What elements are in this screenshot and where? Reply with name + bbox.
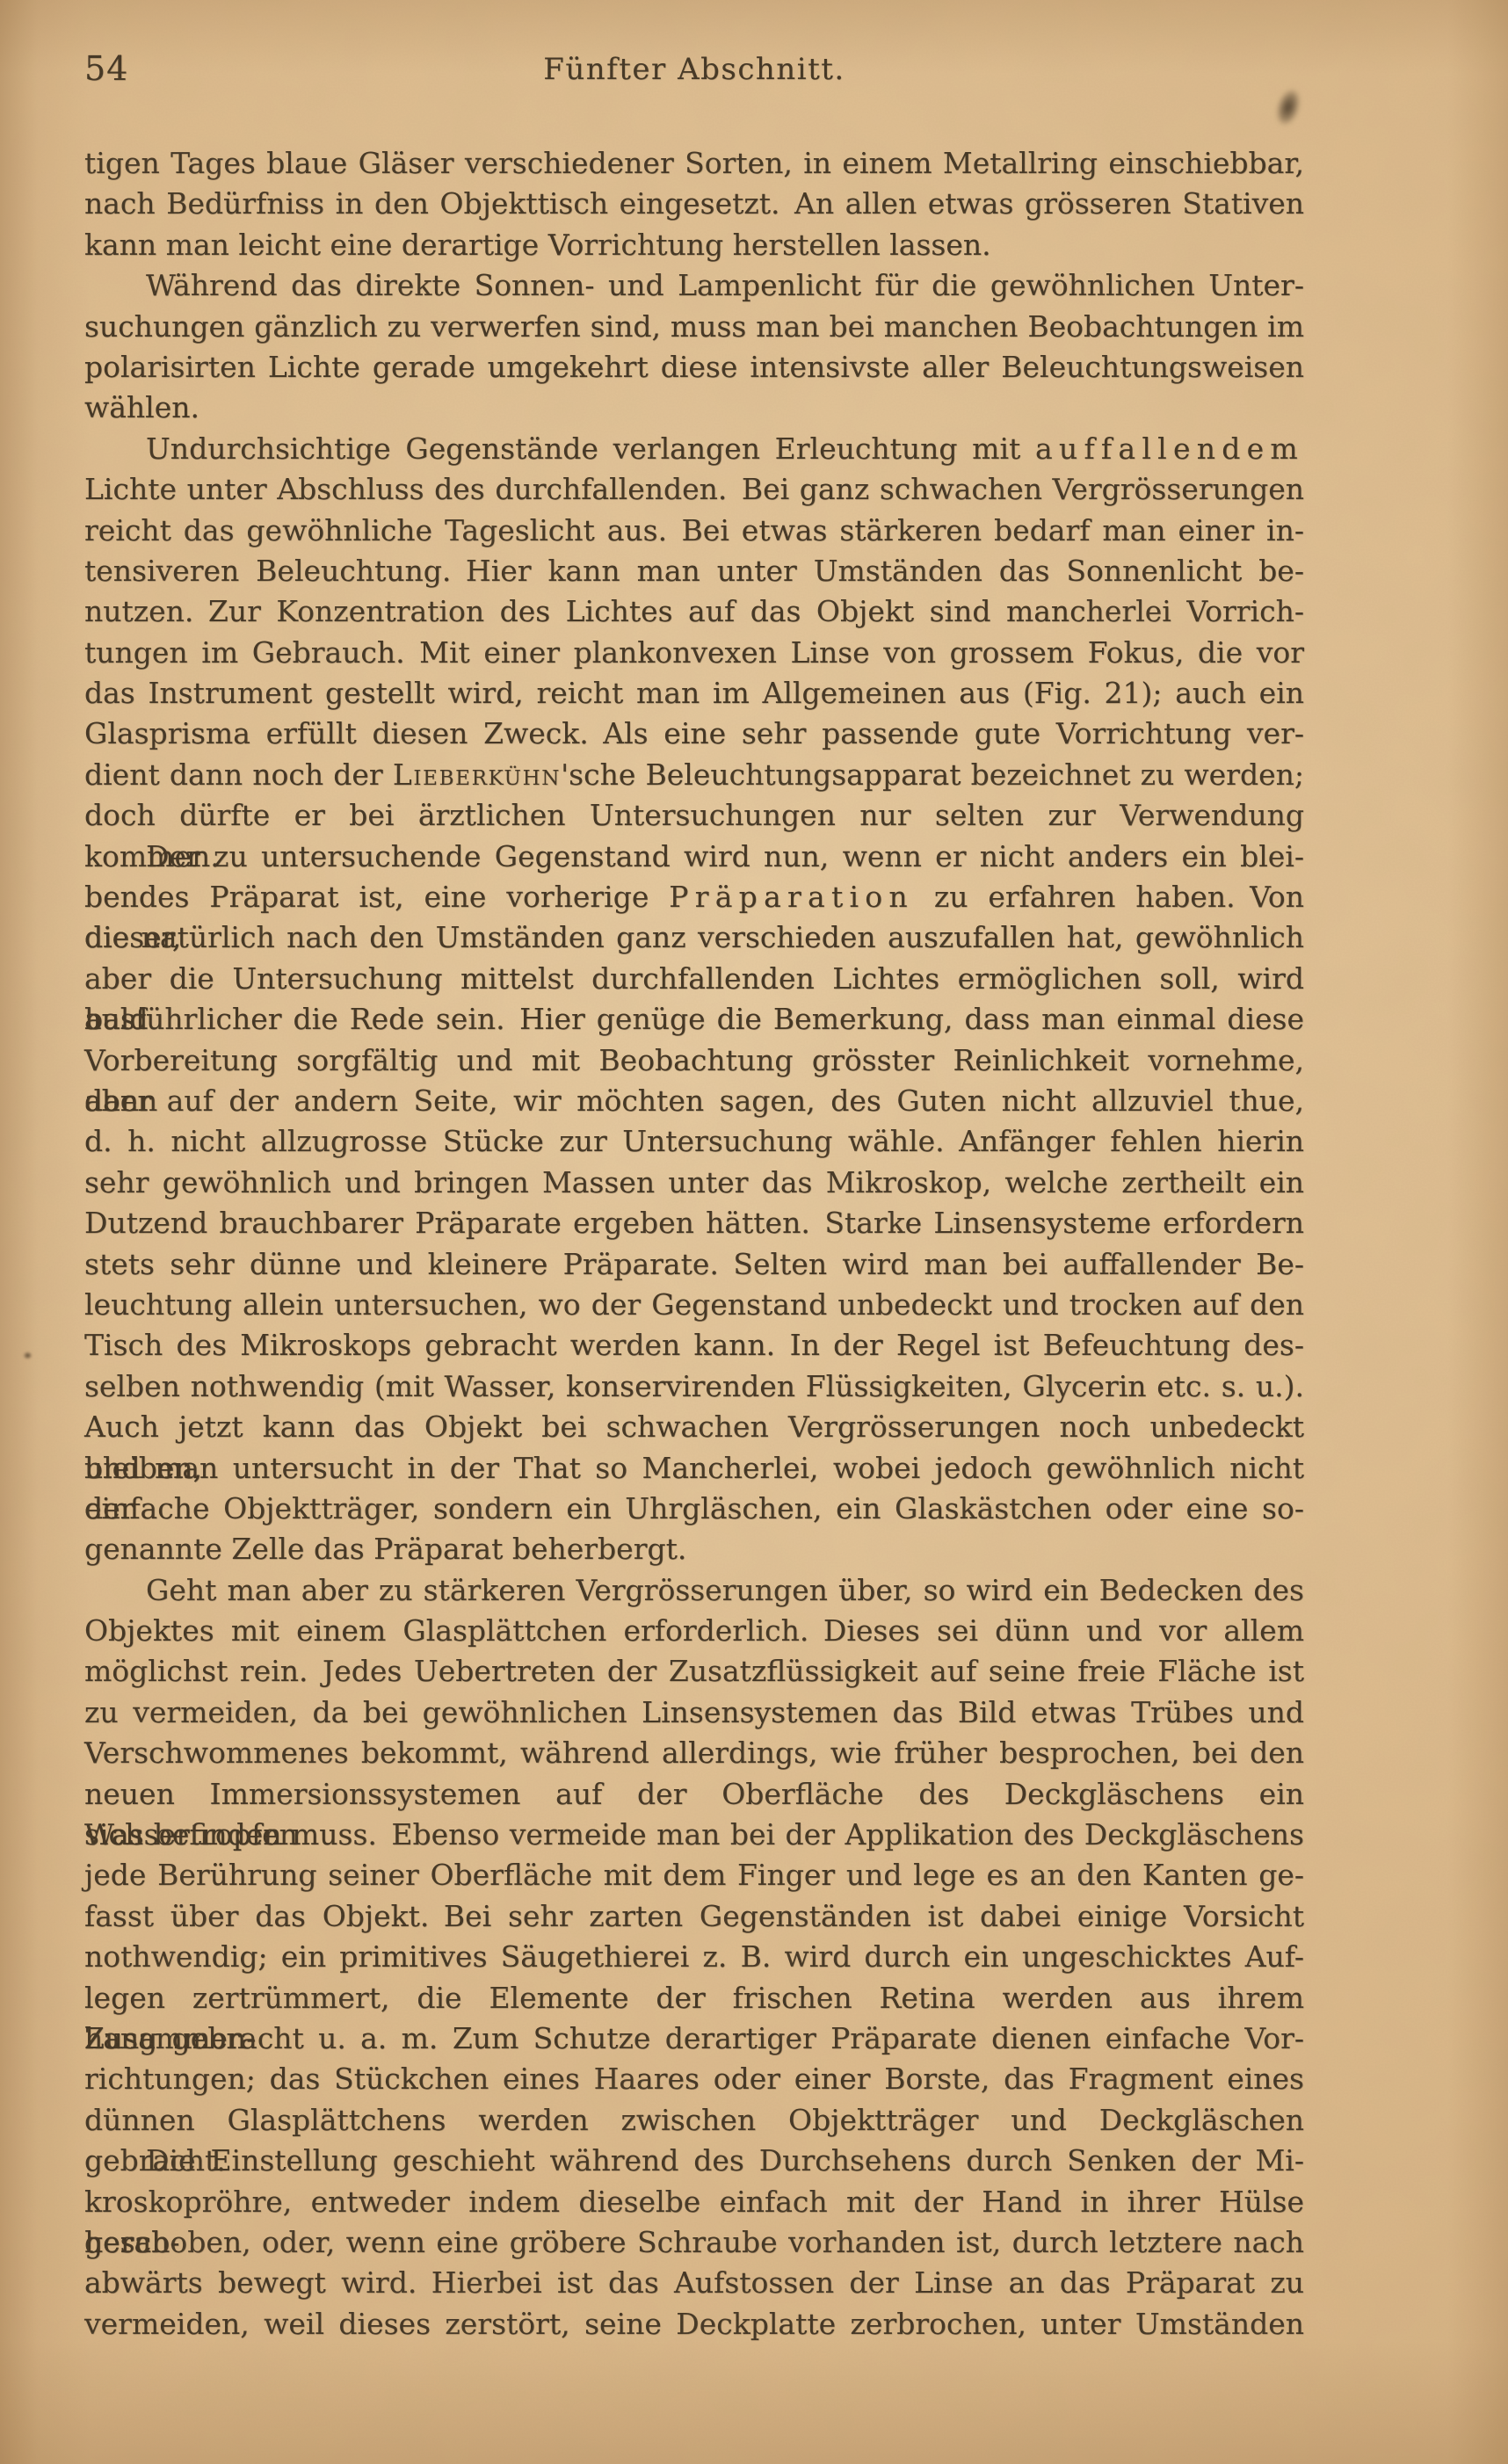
text-line: abwärts bewegt wird. Hierbei ist das Auf…	[84, 2263, 1304, 2303]
text-line: aber die Untersuchung mittelst durchfall…	[84, 959, 1304, 999]
text-line: Geht man aber zu stärkeren Vergrösserung…	[84, 1570, 1304, 1611]
text-line: Verschwommenes bekommt, während allerdin…	[84, 1733, 1304, 1773]
text-line: richtungen; das Stückchen eines Haares o…	[84, 2059, 1304, 2099]
text-line: doch dürfte er bei ärztlichen Untersuchu…	[84, 795, 1304, 836]
text-line: kroskopröhre, entweder indem dieselbe ei…	[84, 2182, 1304, 2222]
page-header: 54 Fünfter Abschnitt.	[84, 47, 1304, 90]
text-block: tigen Tages blaue Gläser verschiedener S…	[84, 143, 1304, 2344]
text-line: möglichst rein. Jedes Uebertreten der Zu…	[84, 1651, 1304, 1692]
text-line: nach Bedürfniss in den Objekttisch einge…	[84, 184, 1304, 224]
text-line: stets sehr dünne und kleinere Präparate.…	[84, 1244, 1304, 1285]
text-line: einfache Objektträger, sondern ein Uhrgl…	[84, 1489, 1304, 1529]
text-line: fasst über das Objekt. Bei sehr zarten G…	[84, 1896, 1304, 1937]
text-line: die natürlich nach den Umständen ganz ve…	[84, 917, 1304, 958]
text-line: genannte Zelle das Präparat beherbergt.	[84, 1529, 1304, 1569]
text-line: polarisirten Lichte gerade umgekehrt die…	[84, 347, 1304, 388]
text-line: Auch jetzt kann das Objekt bei schwachen…	[84, 1407, 1304, 1447]
text-line: leuchtung allein untersuchen, wo der Geg…	[84, 1285, 1304, 1325]
text-line: suchungen gänzlich zu verwerfen sind, mu…	[84, 307, 1304, 347]
text-line: d. h. nicht allzugrosse Stücke zur Unter…	[84, 1121, 1304, 1162]
text-line: Der zu untersuchende Gegenstand wird nun…	[84, 837, 1304, 877]
running-title: Fünfter Abschnitt.	[84, 52, 1304, 87]
text-line: Lichte unter Abschluss des durchfallende…	[84, 469, 1304, 510]
text-line: zu vermeiden, da bei gewöhnlichen Linsen…	[84, 1692, 1304, 1733]
text-line: sich befinden muss. Ebenso vermeide man …	[84, 1815, 1304, 1855]
text-line: geschoben, oder, wenn eine gröbere Schra…	[84, 2222, 1304, 2263]
text-line: ausführlicher die Rede sein. Hier genüge…	[84, 999, 1304, 1040]
text-line: Objektes mit einem Glasplättchen erforde…	[84, 1611, 1304, 1651]
text-line: Dutzend brauchbarer Präparate ergeben hä…	[84, 1203, 1304, 1243]
text-line: und man untersucht in der That so Manche…	[84, 1448, 1304, 1489]
text-line: hang gebracht u. a. m. Zum Schutze derar…	[84, 2018, 1304, 2059]
text-line: Während das direkte Sonnen- und Lampenli…	[84, 265, 1304, 306]
text-line: selben nothwendig (mit Wasser, konservir…	[84, 1366, 1304, 1407]
ink-speck	[21, 1350, 34, 1361]
text-line: dünnen Glasplättchens werden zwischen Ob…	[84, 2100, 1304, 2141]
text-line: Vorbereitung sorgfältig und mit Beobacht…	[84, 1040, 1304, 1081]
text-line: tensiveren Beleuchtung. Hier kann man un…	[84, 551, 1304, 591]
text-line: Tisch des Mikroskops gebracht werden kan…	[84, 1325, 1304, 1366]
text-line: neuen Immersionssystemen auf der Oberflä…	[84, 1774, 1304, 1815]
text-line: tigen Tages blaue Gläser verschiedener S…	[84, 143, 1304, 184]
text-line: wählen.	[84, 388, 1304, 428]
text-line: aber auf der andern Seite, wir möchten s…	[84, 1081, 1304, 1121]
text-line: nutzen. Zur Konzentration des Lichtes au…	[84, 591, 1304, 632]
book-page: 54 Fünfter Abschnitt. tigen Tages blaue …	[0, 0, 1508, 2464]
text-line: Undurchsichtige Gegenstände verlangen Er…	[84, 429, 1304, 469]
text-line: kann man leicht eine derartige Vorrichtu…	[84, 225, 1304, 265]
text-line: das Instrument gestellt wird, reicht man…	[84, 673, 1304, 714]
text-line: legen zertrümmert, die Elemente der fris…	[84, 1978, 1304, 2018]
text-line: Glasprisma erfüllt diesen Zweck. Als ein…	[84, 714, 1304, 754]
text-line: tungen im Gebrauch. Mit einer plankonvex…	[84, 633, 1304, 673]
text-line: reicht das gewöhnliche Tageslicht aus. B…	[84, 511, 1304, 551]
text-line: dient dann noch der Lieberkühn'sche Bele…	[84, 755, 1304, 795]
text-line: sehr gewöhnlich und bringen Massen unter…	[84, 1163, 1304, 1203]
text-line: vermeiden, weil dieses zerstört, seine D…	[84, 2304, 1304, 2344]
text-line: jede Berührung seiner Oberfläche mit dem…	[84, 1855, 1304, 1895]
text-line: bendes Präparat ist, eine vorherige Präp…	[84, 877, 1304, 917]
text-line: Die Einstellung geschieht während des Du…	[84, 2141, 1304, 2181]
text-line: nothwendig; ein primitives Säugethierei …	[84, 1937, 1304, 1977]
